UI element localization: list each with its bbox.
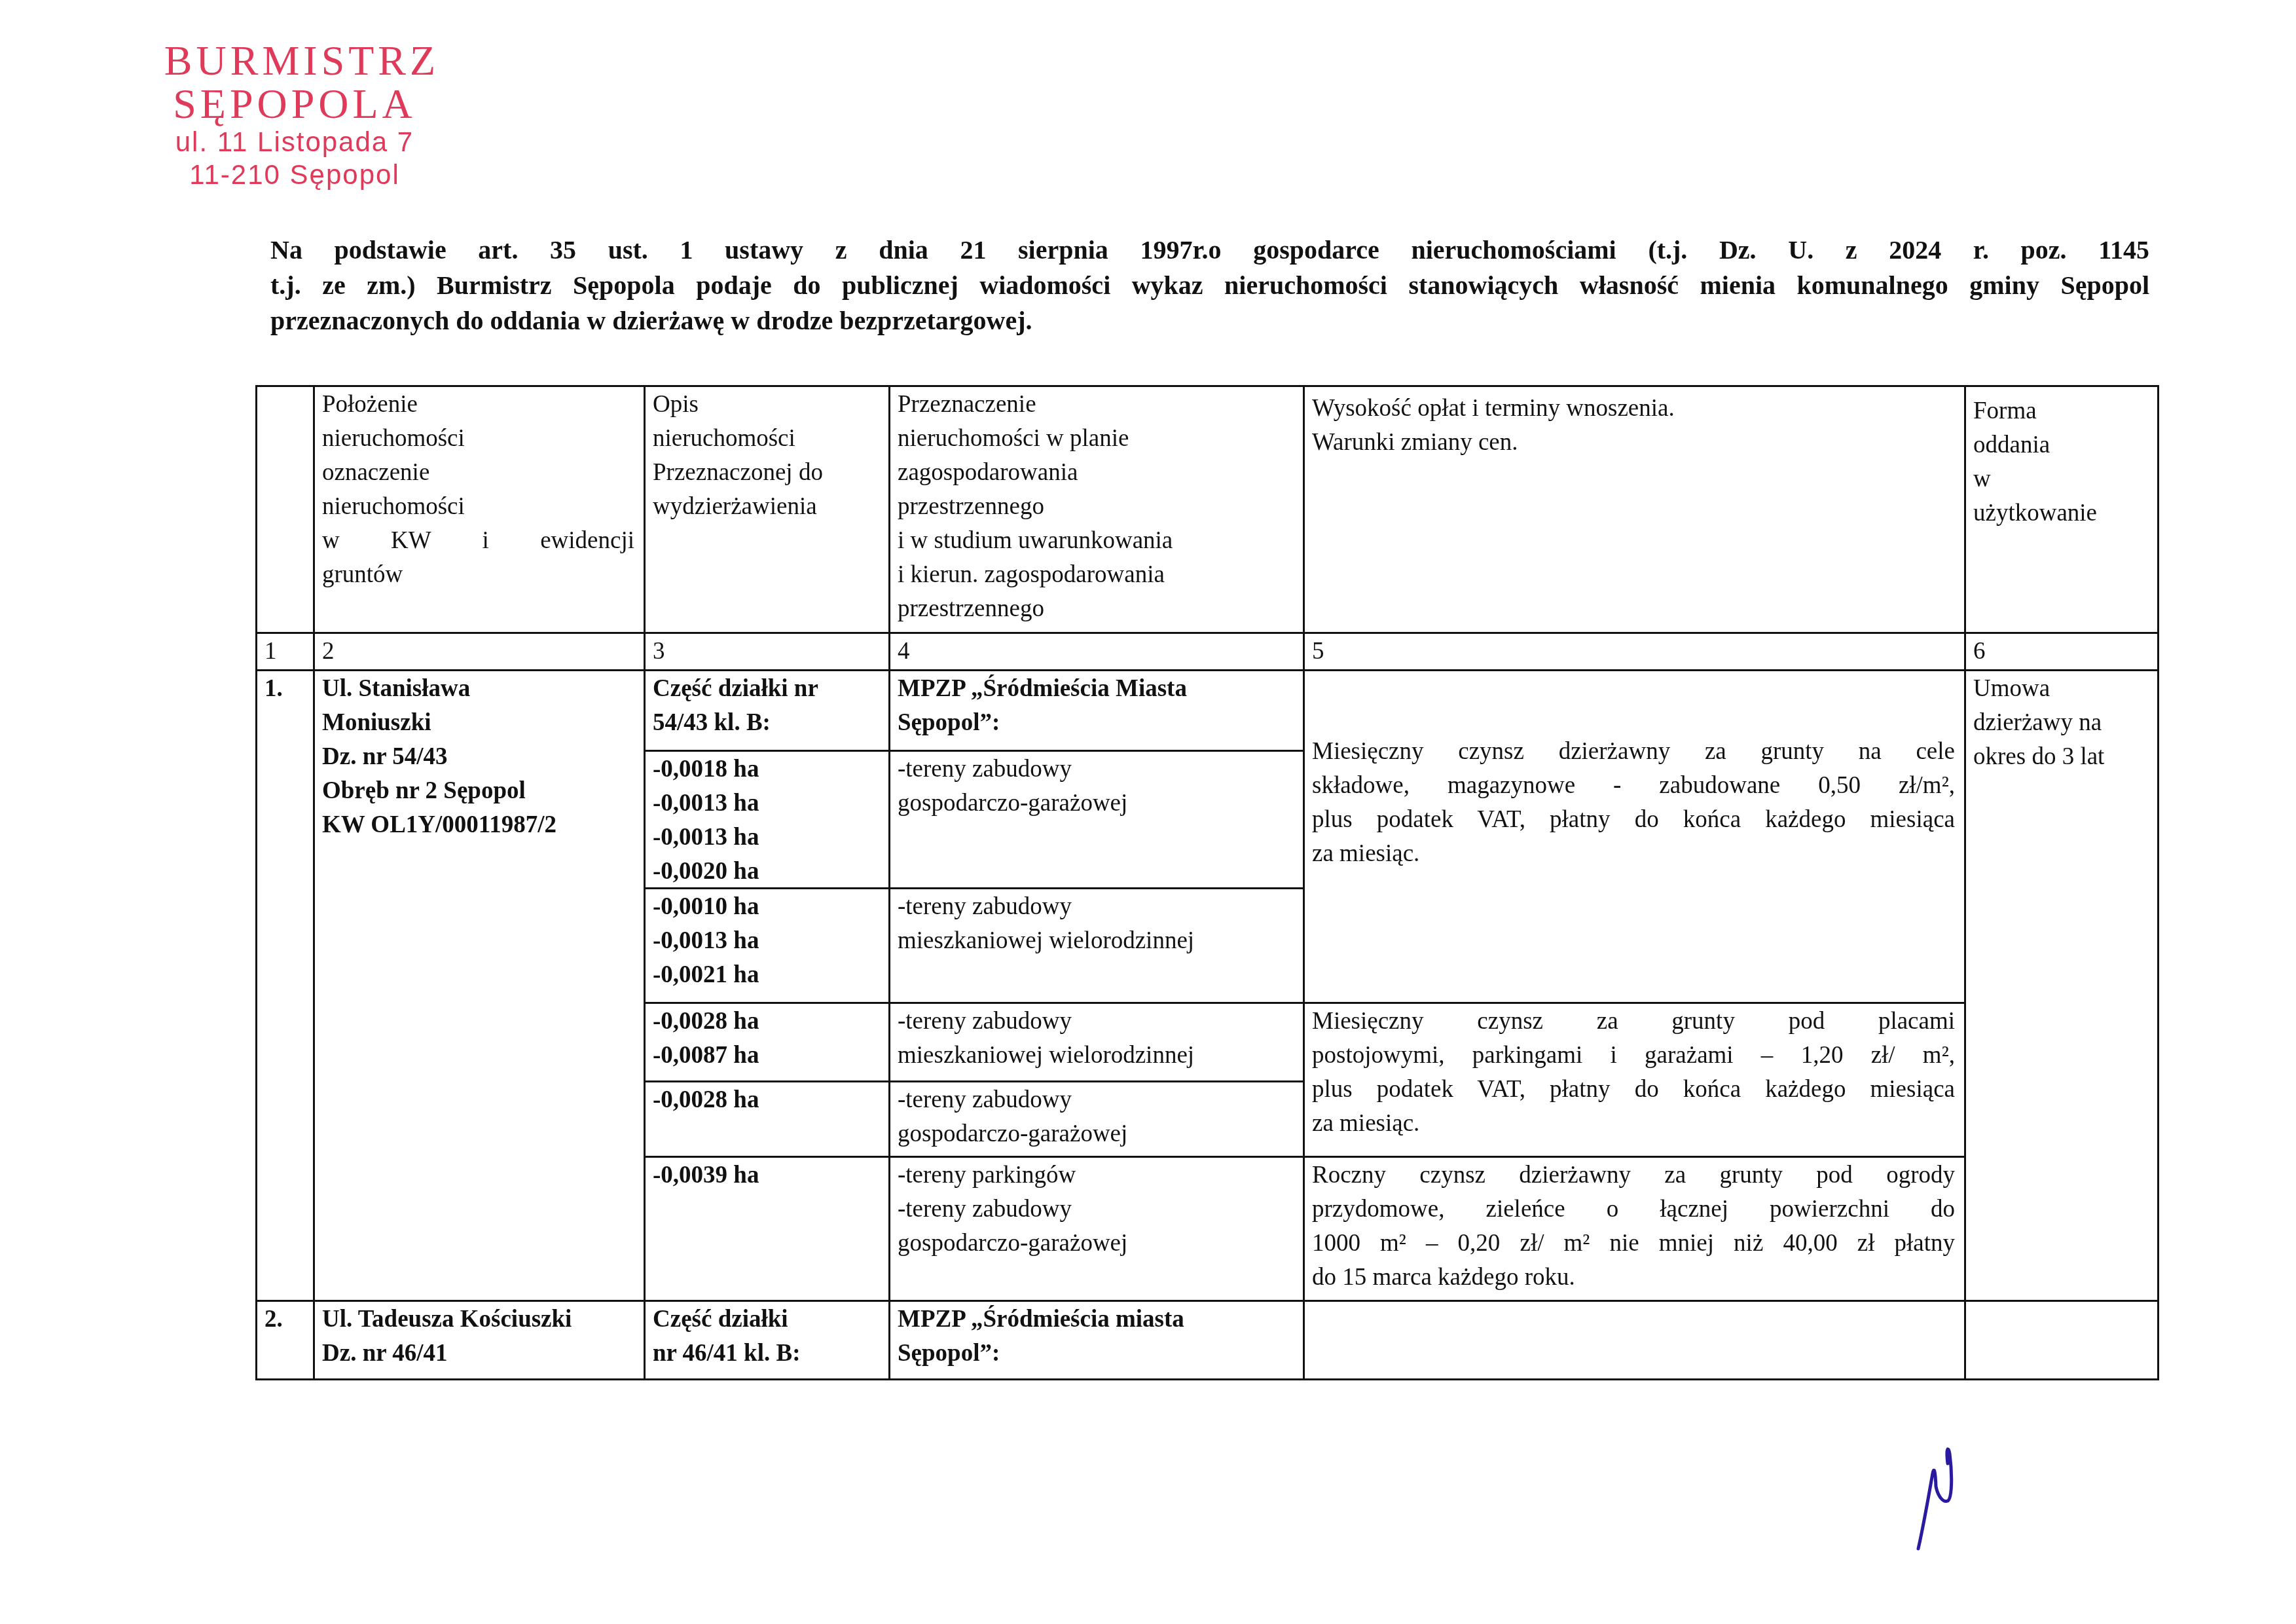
plan-head: MPZP „Śródmieścia Miasta Sępopol”: [888, 669, 1303, 750]
stamp-address-line1: ul. 11 Listopada 7 [72, 126, 517, 158]
fee-cell: Miesięczny czynsz za grunty pod placamip… [1303, 1002, 1964, 1156]
text-line: Miesięczny czynsz dzierżawny za grunty n… [1312, 735, 1955, 769]
intro-line: Na podstawie art. 35 ust. 1 ustawy z dni… [270, 232, 2149, 268]
location-cell: Ul. Stanisława Moniuszki Dz. nr 54/43 Ob… [313, 669, 644, 1300]
area-cell: -0,0028 ha [644, 1080, 888, 1156]
stamp-title-line2: SĘPOPOLA [72, 83, 517, 126]
location-cell: Ul. Tadeusza Kościuszki Dz. nr 46/41 [313, 1300, 644, 1378]
burmistrz-stamp: BURMISTRZ SĘPOPOLA ul. 11 Listopada 7 11… [98, 39, 517, 191]
description-head: Część działki nr 46/41 kl. B: [644, 1300, 888, 1378]
purpose-cell: -tereny zabudowy gospodarczo-garażowej [888, 1080, 1303, 1156]
table-rule [255, 669, 2159, 671]
table-rule [1303, 1002, 1966, 1004]
text-line: plus podatek VAT, płatny do końca każdeg… [1312, 803, 1955, 837]
column-number: 3 [644, 632, 888, 669]
table-rule [1964, 385, 1966, 1380]
header-cell: Opis nieruchomości Przeznaczonej do wydz… [644, 385, 888, 632]
text-line: za miesiąc. [1312, 837, 1955, 871]
text-line: za miesiąc. [1312, 1107, 1955, 1141]
purpose-cell: -tereny zabudowy gospodarczo-garażowej [888, 750, 1303, 887]
header-line: Położenie [322, 388, 634, 422]
table-rule [644, 385, 646, 1380]
purpose-cell: -tereny zabudowy mieszkaniowej wielorodz… [888, 887, 1303, 1002]
text-line: Miesięczny czynsz za grunty pod placami [1312, 1005, 1955, 1039]
row-number: 1. [255, 669, 313, 1300]
description-head: Część działki nr 54/43 kl. B: [644, 669, 888, 750]
area-cell: -0,0039 ha [644, 1156, 888, 1300]
purpose-cell: -tereny zabudowy mieszkaniowej wielorodz… [888, 1002, 1303, 1080]
text-line: plus podatek VAT, płatny do końca każdeg… [1312, 1073, 1955, 1107]
table-rule [313, 385, 315, 1380]
header-line: nieruchomości [322, 422, 634, 456]
column-number: 5 [1303, 632, 1964, 669]
table-rule [644, 1002, 1305, 1004]
column-number: 6 [1964, 632, 2157, 669]
table-rule [644, 750, 1305, 752]
column-number: 4 [888, 632, 1303, 669]
header-cell: Forma oddania w użytkowanie [1964, 385, 2157, 632]
table-rule [644, 887, 1305, 889]
header-cell: Położenienieruchomościoznaczenienierucho… [313, 385, 644, 632]
text-line: składowe, magazynowe - zabudowane 0,50 z… [1312, 769, 1955, 803]
table-rule [255, 1300, 2159, 1302]
table-rule [1303, 385, 1305, 1380]
table-rule [255, 385, 257, 1380]
intro-line: t.j. ze zm.) Burmistrz Sępopola podaje d… [270, 268, 2149, 303]
fee-cell: Miesięczny czynsz dzierżawny za grunty n… [1303, 669, 1964, 1002]
table-rule [2157, 385, 2159, 1380]
table-rule [644, 1080, 1305, 1082]
form-cell [1964, 1300, 2157, 1378]
plan-head: MPZP „Śródmieścia miasta Sępopol”: [888, 1300, 1303, 1378]
table-rule [255, 385, 2159, 387]
legal-basis-paragraph: Na podstawie art. 35 ust. 1 ustawy z dni… [270, 232, 2149, 339]
area-cell: -0,0028 ha -0,0087 ha [644, 1002, 888, 1080]
table-rule [888, 385, 890, 1380]
row-number: 2. [255, 1300, 313, 1378]
header-line: w KW i ewidencji [322, 524, 634, 558]
header-line: oznaczenie [322, 456, 634, 490]
stamp-title-line1: BURMISTRZ [86, 39, 517, 83]
header-line: gruntów [322, 558, 634, 592]
table-rule [255, 632, 2159, 634]
text-line: Roczny czynsz dzierżawny za grunty pod o… [1312, 1158, 1955, 1192]
header-cell: Przeznaczenie nieruchomości w planie zag… [888, 385, 1303, 632]
header-cell [255, 385, 313, 632]
intro-line: przeznaczonych do oddania w dzierżawę w … [270, 303, 2149, 339]
table-rule [1303, 1156, 1966, 1158]
text-line: przydomowe, zieleńce o łącznej powierzch… [1312, 1192, 1955, 1227]
column-number: 1 [255, 632, 313, 669]
text-line: do 15 marca każdego roku. [1312, 1261, 1955, 1295]
fee-cell [1303, 1300, 1964, 1378]
text-line: 1000 m² – 0,20 zł/ m² nie mniej niż 40,0… [1312, 1227, 1955, 1261]
handwritten-signature [1912, 1441, 1990, 1559]
area-cell: -0,0010 ha -0,0013 ha -0,0021 ha [644, 887, 888, 1002]
purpose-cell: -tereny parkingów -tereny zabudowy gospo… [888, 1156, 1303, 1300]
area-cell: -0,0018 ha -0,0013 ha -0,0013 ha -0,0020… [644, 750, 888, 887]
table-rule [255, 1378, 2159, 1380]
text-line: postojowymi, parkingami i garażami – 1,2… [1312, 1039, 1955, 1073]
header-line: nieruchomości [322, 490, 634, 524]
fee-cell: Roczny czynsz dzierżawny za grunty pod o… [1303, 1156, 1964, 1300]
form-cell: Umowa dzierżawy na okres do 3 lat [1964, 669, 2157, 1300]
column-number: 2 [313, 632, 644, 669]
header-cell: Wysokość opłat i terminy wnoszenia. Waru… [1303, 385, 1964, 632]
stamp-address-line2: 11-210 Sępopol [72, 158, 517, 191]
table-rule [644, 1156, 1305, 1158]
